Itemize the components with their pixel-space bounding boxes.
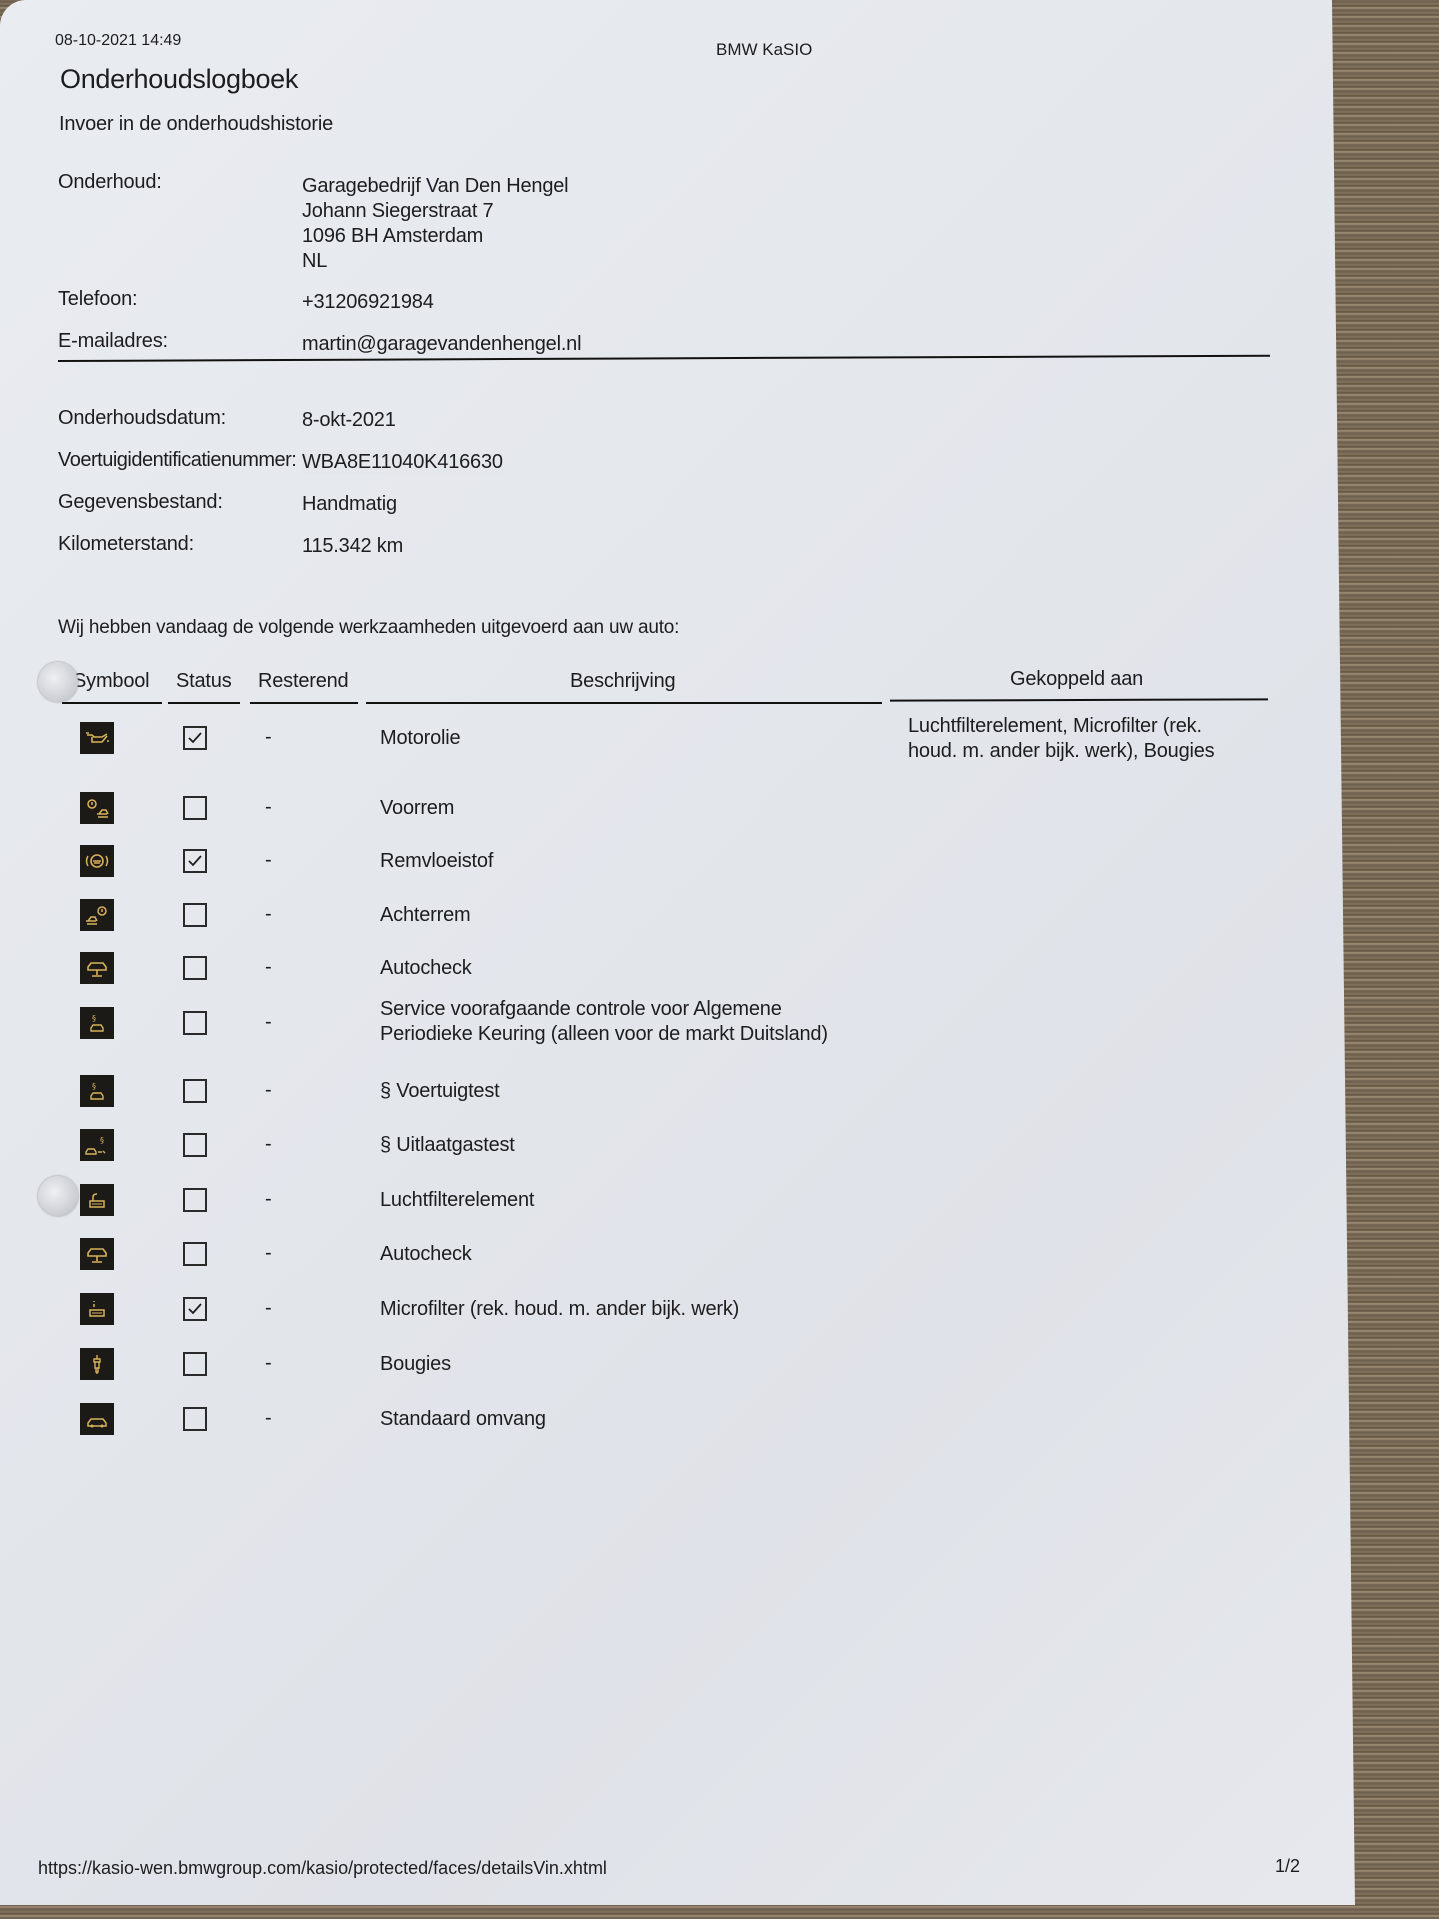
- description-line: Service voorafgaande controle voor Algem…: [380, 997, 828, 1022]
- remaining-value: -: [265, 1011, 272, 1034]
- description-line: Voorrem: [380, 796, 454, 821]
- remaining-value: -: [265, 1297, 272, 1320]
- checkmark-icon: [187, 730, 203, 746]
- status-checkbox[interactable]: [183, 1297, 207, 1321]
- description: Motorolie: [380, 726, 460, 751]
- microfilter-icon: [80, 1293, 114, 1325]
- garage-name: Garagebedrijf Van Den Hengel: [302, 174, 568, 199]
- vehicle-check-icon: [80, 952, 114, 984]
- vin-value: WBA8E11040K416630: [302, 450, 503, 475]
- brake-fluid-icon: [80, 845, 114, 877]
- remaining-value: -: [265, 726, 272, 749]
- work-intro: Wij hebben vandaag de volgende werkzaamh…: [58, 617, 679, 639]
- status-checkbox[interactable]: [183, 849, 207, 873]
- remaining-value: -: [265, 1242, 272, 1265]
- description-line: § Uitlaatgastest: [380, 1133, 515, 1158]
- maintenance-label: Onderhoud:: [58, 171, 162, 194]
- col-header-remaining: Resterend: [258, 670, 348, 693]
- header-underline: [250, 702, 358, 704]
- description-line: Remvloeistof: [380, 849, 493, 874]
- description: § Voertuigtest: [380, 1079, 500, 1104]
- inspection-icon: §: [80, 1007, 114, 1039]
- description-line: Autocheck: [380, 956, 472, 981]
- description-line: Periodieke Keuring (alleen voor de markt…: [380, 1022, 828, 1047]
- air-filter-icon: [80, 1184, 114, 1216]
- status-checkbox[interactable]: [183, 1407, 207, 1431]
- svg-text:§: §: [92, 1082, 96, 1091]
- vin-label: Voertuigidentificatienummer:: [58, 449, 296, 472]
- description: Bougies: [380, 1352, 451, 1377]
- description-line: Autocheck: [380, 1242, 472, 1267]
- service-date-label: Onderhoudsdatum:: [58, 407, 226, 430]
- description: Microfilter (rek. houd. m. ander bijk. w…: [380, 1297, 739, 1322]
- status-checkbox[interactable]: [183, 1242, 207, 1266]
- remaining-value: -: [265, 1188, 272, 1211]
- status-checkbox[interactable]: [183, 796, 207, 820]
- status-checkbox[interactable]: [183, 726, 207, 750]
- section-divider: [58, 355, 1270, 362]
- vehicle-test-icon: §: [80, 1075, 114, 1107]
- header-underline: [890, 698, 1268, 701]
- description-line: § Voertuigtest: [380, 1079, 500, 1104]
- description: Voorrem: [380, 796, 454, 821]
- punch-hole: [38, 662, 78, 702]
- header-underline: [168, 702, 240, 704]
- mileage-value: 115.342 km: [302, 534, 403, 559]
- description: Luchtfilterelement: [380, 1188, 534, 1213]
- data-source-label: Gegevensbestand:: [58, 491, 223, 514]
- col-header-linked: Gekoppeld aan: [1010, 668, 1143, 691]
- brand-name: BMW KaSIO: [716, 40, 812, 60]
- checkmark-icon: [187, 1301, 203, 1317]
- page-subtitle: Invoer in de onderhoudshistorie: [59, 113, 333, 136]
- svg-text:§: §: [92, 1014, 96, 1023]
- phone-value: +31206921984: [302, 290, 434, 315]
- emissions-test-icon: §: [80, 1129, 114, 1161]
- header-underline: [62, 702, 162, 704]
- description: Service voorafgaande controle voor Algem…: [380, 997, 828, 1047]
- remaining-value: -: [265, 1133, 272, 1156]
- description-line: Microfilter (rek. houd. m. ander bijk. w…: [380, 1297, 739, 1322]
- checkmark-icon: [187, 853, 203, 869]
- linked-line: Luchtfilterelement, Microfilter (rek.: [908, 714, 1215, 739]
- description: Autocheck: [380, 1242, 472, 1267]
- status-checkbox[interactable]: [183, 1352, 207, 1376]
- garage-country: NL: [302, 249, 568, 274]
- col-header-status: Status: [176, 670, 232, 693]
- description-line: Achterrem: [380, 903, 470, 928]
- status-checkbox[interactable]: [183, 1188, 207, 1212]
- spark-plug-icon: [80, 1348, 114, 1380]
- footer-url: https://kasio-wen.bmwgroup.com/kasio/pro…: [38, 1858, 607, 1879]
- front-brake-icon: [80, 792, 114, 824]
- remaining-value: -: [265, 849, 272, 872]
- linked-line: houd. m. ander bijk. werk), Bougies: [908, 739, 1215, 764]
- description: Achterrem: [380, 903, 470, 928]
- mileage-label: Kilometerstand:: [58, 533, 194, 556]
- status-checkbox[interactable]: [183, 1079, 207, 1103]
- description: Standaard omvang: [380, 1407, 546, 1432]
- service-date-value: 8-okt-2021: [302, 408, 396, 433]
- description: Remvloeistof: [380, 849, 493, 874]
- garage-city: 1096 BH Amsterdam: [302, 224, 568, 249]
- remaining-value: -: [265, 1352, 272, 1375]
- data-source-value: Handmatig: [302, 492, 397, 517]
- linked-items: Luchtfilterelement, Microfilter (rek.hou…: [908, 714, 1215, 764]
- col-header-description: Beschrijving: [570, 670, 675, 693]
- description-line: Bougies: [380, 1352, 451, 1377]
- page-title: Onderhoudslogboek: [60, 64, 298, 95]
- remaining-value: -: [265, 796, 272, 819]
- remaining-value: -: [265, 903, 272, 926]
- rear-brake-icon: [80, 899, 114, 931]
- status-checkbox[interactable]: [183, 903, 207, 927]
- engine-oil-icon: [80, 722, 114, 754]
- page-number: 1/2: [1275, 1856, 1300, 1877]
- status-checkbox[interactable]: [183, 956, 207, 980]
- remaining-value: -: [265, 1407, 272, 1430]
- phone-label: Telefoon:: [58, 288, 137, 311]
- description-line: Standaard omvang: [380, 1407, 546, 1432]
- car-icon: [80, 1403, 114, 1435]
- garage-street: Johann Siegerstraat 7: [302, 199, 568, 224]
- svg-text:§: §: [100, 1136, 104, 1145]
- col-header-symbol: Symbool: [73, 670, 149, 693]
- vehicle-check-icon: [80, 1238, 114, 1270]
- status-checkbox[interactable]: [183, 1011, 207, 1035]
- header-underline: [366, 702, 882, 704]
- description: § Uitlaatgastest: [380, 1133, 515, 1158]
- remaining-value: -: [265, 956, 272, 979]
- status-checkbox[interactable]: [183, 1133, 207, 1157]
- description-line: Luchtfilterelement: [380, 1188, 534, 1213]
- description-line: Motorolie: [380, 726, 460, 751]
- remaining-value: -: [265, 1079, 272, 1102]
- email-value: martin@garagevandenhengel.nl: [302, 332, 581, 357]
- garage-address: Garagebedrijf Van Den Hengel Johann Sieg…: [302, 174, 568, 274]
- email-label: E-mailadres:: [58, 330, 168, 353]
- description: Autocheck: [380, 956, 472, 981]
- document-page: 08-10-2021 14:49 BMW KaSIO Onderhoudslog…: [0, 0, 1355, 1905]
- punch-hole: [38, 1176, 78, 1216]
- print-timestamp: 08-10-2021 14:49: [55, 32, 181, 50]
